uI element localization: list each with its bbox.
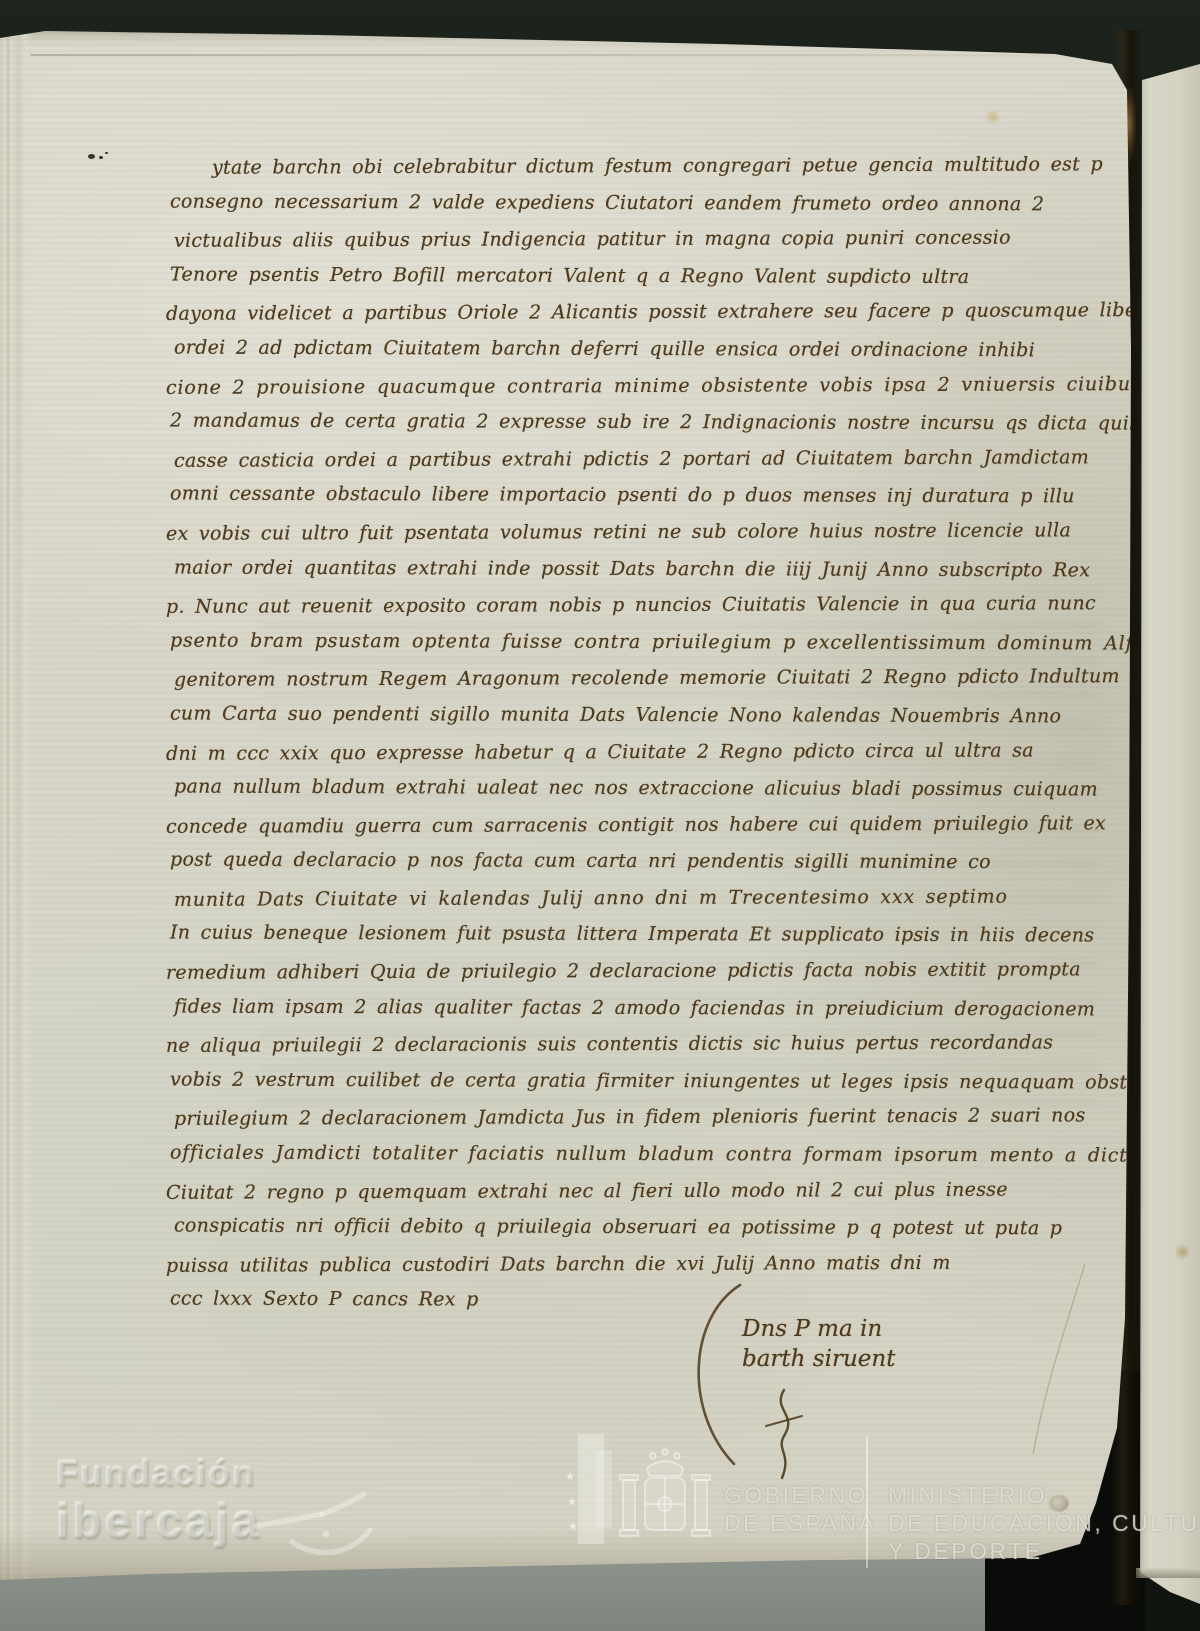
facing-page-edge [1136, 64, 1200, 1604]
ministerio-watermark-line2: DE EDUCACIÓN, CULTURA [888, 1510, 1200, 1537]
manuscript-line: ne aliqua priuilegii 2 declaracionis sui… [166, 1024, 1122, 1064]
manuscript-line: casse casticia ordei a partibus extrahi … [174, 439, 1122, 479]
manuscript-line: omni cessante obstaculo libere importaci… [170, 476, 1122, 516]
manuscript-line: p. Nunc aut reuenit exposito coram nobis… [166, 585, 1122, 625]
yellow-stain [984, 110, 1002, 124]
manuscript-line: pana nullum bladum extrahi ualeat nec no… [174, 769, 1122, 809]
ministerio-watermark-line1: MINISTERIO [888, 1482, 1047, 1509]
manuscript-line: munita Dats Ciuitate vi kalendas Julij a… [174, 878, 1122, 918]
manuscript-line: Tenore psentis Petro Bofill mercatori Va… [170, 256, 1122, 296]
manuscript-page: ytate barchn obi celebrabitur dictum fes… [0, 28, 1132, 1588]
manuscript-line: victualibus aliis quibus prius Indigenci… [174, 219, 1122, 259]
manuscript-line: Ciuitat 2 regno p quemquam extrahi nec a… [166, 1171, 1122, 1211]
manuscript-line: ex vobis cui ultro fuit psentata volumus… [166, 512, 1122, 552]
manuscript-photo: ytate barchn obi celebrabitur dictum fes… [0, 0, 1200, 1631]
manuscript-line: In cuius beneque lesionem fuit psusta li… [170, 915, 1122, 955]
manuscript-line: remedium adhiberi Quia de priuilegio 2 d… [166, 951, 1122, 991]
manuscript-line: consegno necessarium 2 valde expediens C… [170, 183, 1122, 223]
manuscript-line: psento bram psustam optenta fuisse contr… [170, 622, 1122, 662]
manuscript-line: conspicatis nri officii debito q priuile… [174, 1208, 1122, 1248]
manuscript-line: officiales Jamdicti totaliter faciatis n… [170, 1135, 1122, 1175]
manuscript-line: dayona videlicet a partibus Oriole 2 Ali… [166, 293, 1122, 333]
facing-page-bottom-edge [1136, 1568, 1200, 1578]
fundacion-watermark-line2: ibercaja [56, 1494, 261, 1549]
manuscript-line: puissa utilitas publica custodiri Dats b… [166, 1244, 1122, 1284]
manuscript-line: genitorem nostrum Regem Aragonum recolen… [174, 658, 1122, 698]
ink-blot [88, 150, 110, 160]
star-icon: ★ [568, 1520, 578, 1533]
notarial-flourish-icon [752, 1386, 812, 1486]
watermark-divider [866, 1436, 868, 1568]
closing-note-line1: Dns P ma in [742, 1316, 882, 1342]
manuscript-line: cum Carta suo pendenti sigillo munita Da… [170, 695, 1122, 735]
ibercaja-swoosh-icon [252, 1490, 376, 1562]
manuscript-line: concede quamdiu guerra cum sarracenis co… [166, 805, 1122, 845]
spain-coat-of-arms-icon [615, 1446, 715, 1552]
paper-spot [1050, 1496, 1068, 1511]
manuscript-line: ordei 2 ad pdictam Ciuitatem barchn defe… [174, 329, 1122, 369]
manuscript-text-block: ytate barchn obi celebrabitur dictum fes… [166, 148, 1122, 1319]
foxing-spot [1176, 1242, 1189, 1262]
manuscript-line: dni m ccc xxix quo expresse habetur q a … [166, 732, 1122, 772]
manuscript-line: vobis 2 vestrum cuilibet de certa gratia… [170, 1061, 1122, 1101]
manuscript-line: fides liam ipsam 2 alias qualiter factas… [174, 988, 1122, 1028]
fundacion-watermark-line1: Fundación [56, 1452, 256, 1494]
star-icon: ★ [567, 1495, 577, 1508]
manuscript-line: ytate barchn obi celebrabitur dictum fes… [166, 146, 1122, 186]
manuscript-line: maior ordei quantitas extrahi inde possi… [174, 549, 1122, 589]
star-icon: ★ [565, 1470, 575, 1483]
ministerio-watermark-line3: Y DEPORTE [888, 1538, 1043, 1565]
closing-bracket-icon [676, 1280, 748, 1470]
eu-flag-ribbon-step [596, 1450, 612, 1528]
manuscript-line: post queda declaracio p nos facta cum ca… [170, 842, 1122, 882]
manuscript-line: 2 mandamus de certa gratia 2 expresse su… [170, 403, 1122, 443]
manuscript-line: ccc lxxx Sexto P cancs Rex p [170, 1281, 1122, 1321]
closing-note-line2: barth siruent [742, 1346, 895, 1372]
gobierno-watermark-line2: DE ESPAÑA [724, 1510, 876, 1537]
gobierno-watermark-line1: GOBIERNO [724, 1482, 868, 1509]
manuscript-line: priuilegium 2 declaracionem Jamdicta Jus… [174, 1098, 1122, 1138]
manuscript-line: cione 2 prouisione quacumque contraria m… [166, 366, 1122, 406]
